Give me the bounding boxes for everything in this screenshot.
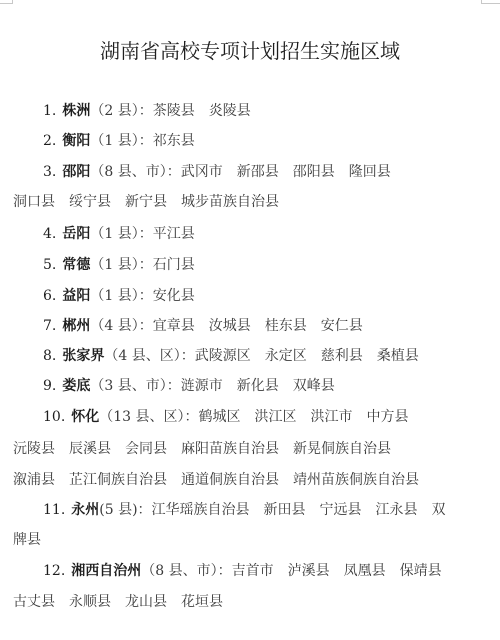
item-number: 7. <box>43 318 56 334</box>
item-number: 2. <box>43 133 56 149</box>
county-count: （1 县）： <box>90 133 152 149</box>
region-item: 9.娄底（3 县、市）：涟源市新化县双峰县 <box>43 375 335 397</box>
county-count: (5 县)： <box>99 502 151 518</box>
item-number: 5. <box>43 257 56 273</box>
county-name: 沅陵县 <box>13 441 55 457</box>
item-number: 3. <box>43 164 56 180</box>
region-item: 6.益阳（1 县）：安化县 <box>43 285 195 307</box>
county-count: （1 县）： <box>90 257 152 273</box>
county-name: 古丈县 <box>13 594 55 610</box>
region-item-continuation: 沅陵县辰溪县会同县麻阳苗族自治县新晃侗族自治县 <box>13 438 391 460</box>
county-name: 绥宁县 <box>69 194 111 210</box>
item-number: 9. <box>43 378 56 394</box>
county-name: 辰溪县 <box>69 441 111 457</box>
document-title: 湖南省高校专项计划招生实施区域 <box>0 35 500 64</box>
county-name: 永定区 <box>265 348 307 364</box>
item-number: 11. <box>43 502 65 518</box>
county-name: 洪江市 <box>311 409 353 425</box>
county-name: 新邵县 <box>237 164 279 180</box>
city-name: 株洲 <box>62 103 90 119</box>
region-item: 8.张家界（4 县、区）：武陵源区永定区慈利县桑植县 <box>43 345 419 367</box>
county-name: 新田县 <box>264 502 306 518</box>
region-item: 4.岳阳（1 县）：平江县 <box>43 223 195 245</box>
county-name: 武陵源区 <box>195 348 251 364</box>
county-name: 芷江侗族自治县 <box>69 472 167 488</box>
county-name: 桑植县 <box>377 348 419 364</box>
city-name: 衡阳 <box>62 133 90 149</box>
region-item: 3.邵阳（8 县、市）：武冈市新邵县邵阳县隆回县 <box>43 161 391 183</box>
county-name: 宜章县 <box>153 318 195 334</box>
county-name: 邵阳县 <box>293 164 335 180</box>
county-name: 凤凰县 <box>344 563 386 579</box>
county-name: 麻阳苗族自治县 <box>181 441 279 457</box>
region-item: 10.怀化（13 县、区）：鹤城区洪江区洪江市中方县 <box>43 406 409 428</box>
county-name: 宁远县 <box>320 502 362 518</box>
city-name: 郴州 <box>62 318 90 334</box>
county-name: 安仁县 <box>321 318 363 334</box>
county-count: （8 县、市）： <box>141 563 231 579</box>
county-name: 涟源市 <box>181 378 223 394</box>
county-name: 鹤城区 <box>199 409 241 425</box>
county-name: 洪江区 <box>255 409 297 425</box>
county-count: （1 县）： <box>90 288 152 304</box>
county-name: 洞口县 <box>13 194 55 210</box>
county-name: 平江县 <box>153 226 195 242</box>
county-name: 茶陵县 <box>153 103 195 119</box>
county-name: 花垣县 <box>181 594 223 610</box>
item-number: 12. <box>43 563 65 579</box>
county-name: 吉首市 <box>232 563 274 579</box>
county-name: 石门县 <box>153 257 195 273</box>
region-item-continuation: 牌县 <box>13 529 41 551</box>
county-name: 溆浦县 <box>13 472 55 488</box>
county-name: 慈利县 <box>321 348 363 364</box>
county-count: （8 县、市）： <box>90 164 180 180</box>
city-name: 永州 <box>71 502 99 518</box>
county-count: （2 县）： <box>90 103 152 119</box>
county-count: （13 县、区）： <box>99 409 198 425</box>
county-count: （1 县）： <box>90 226 152 242</box>
county-name: 龙山县 <box>125 594 167 610</box>
region-item: 2.衡阳（1 县）：祁东县 <box>43 130 195 152</box>
county-name: 新晃侗族自治县 <box>293 441 391 457</box>
item-number: 8. <box>43 348 56 364</box>
county-count: （4 县、区）： <box>104 348 194 364</box>
county-name: 双峰县 <box>293 378 335 394</box>
region-item: 11.永州(5 县)：江华瑶族自治县新田县宁远县江永县双 <box>43 499 446 521</box>
county-count: （3 县、市）： <box>90 378 180 394</box>
city-name: 岳阳 <box>62 226 90 242</box>
county-name: 祁东县 <box>153 133 195 149</box>
county-name: 桂东县 <box>265 318 307 334</box>
region-item: 1.株洲（2 县）：茶陵县炎陵县 <box>43 100 251 122</box>
county-name: 会同县 <box>125 441 167 457</box>
county-name: 保靖县 <box>400 563 442 579</box>
city-name: 怀化 <box>71 409 99 425</box>
county-name: 新宁县 <box>125 194 167 210</box>
county-name: 城步苗族自治县 <box>181 194 279 210</box>
region-item: 7.郴州（4 县）：宜章县汝城县桂东县安仁县 <box>43 315 363 337</box>
county-name: 牌县 <box>13 532 41 548</box>
region-item-continuation: 古丈县永顺县龙山县花垣县 <box>13 591 223 613</box>
item-number: 1. <box>43 103 56 119</box>
city-name: 张家界 <box>62 348 104 364</box>
city-name: 娄底 <box>62 378 90 394</box>
county-name: 汝城县 <box>209 318 251 334</box>
county-count: （4 县）： <box>90 318 152 334</box>
county-name: 新化县 <box>237 378 279 394</box>
county-name: 安化县 <box>153 288 195 304</box>
item-number: 6. <box>43 288 56 304</box>
page-corner-mark-top-right <box>481 0 500 4</box>
item-number: 10. <box>43 409 65 425</box>
county-name: 江华瑶族自治县 <box>152 502 250 518</box>
city-name: 常德 <box>62 257 90 273</box>
city-name: 邵阳 <box>62 164 90 180</box>
county-name: 靖州苗族侗族自治县 <box>293 472 419 488</box>
county-name: 永顺县 <box>69 594 111 610</box>
city-name: 湘西自治州 <box>71 563 141 579</box>
region-item-continuation: 洞口县绥宁县新宁县城步苗族自治县 <box>13 191 279 213</box>
county-name: 武冈市 <box>181 164 223 180</box>
county-name: 江永县 <box>376 502 418 518</box>
region-item-continuation: 溆浦县芷江侗族自治县通道侗族自治县靖州苗族侗族自治县 <box>13 469 419 491</box>
county-name: 隆回县 <box>349 164 391 180</box>
county-name: 通道侗族自治县 <box>181 472 279 488</box>
county-name: 双 <box>432 502 446 518</box>
item-number: 4. <box>43 226 56 242</box>
county-name: 炎陵县 <box>209 103 251 119</box>
page-corner-mark-top-left <box>0 0 13 4</box>
county-name: 泸溪县 <box>288 563 330 579</box>
region-item: 12.湘西自治州（8 县、市）：吉首市泸溪县凤凰县保靖县 <box>43 560 442 582</box>
region-item: 5.常德（1 县）：石门县 <box>43 254 195 276</box>
city-name: 益阳 <box>62 288 90 304</box>
county-name: 中方县 <box>367 409 409 425</box>
